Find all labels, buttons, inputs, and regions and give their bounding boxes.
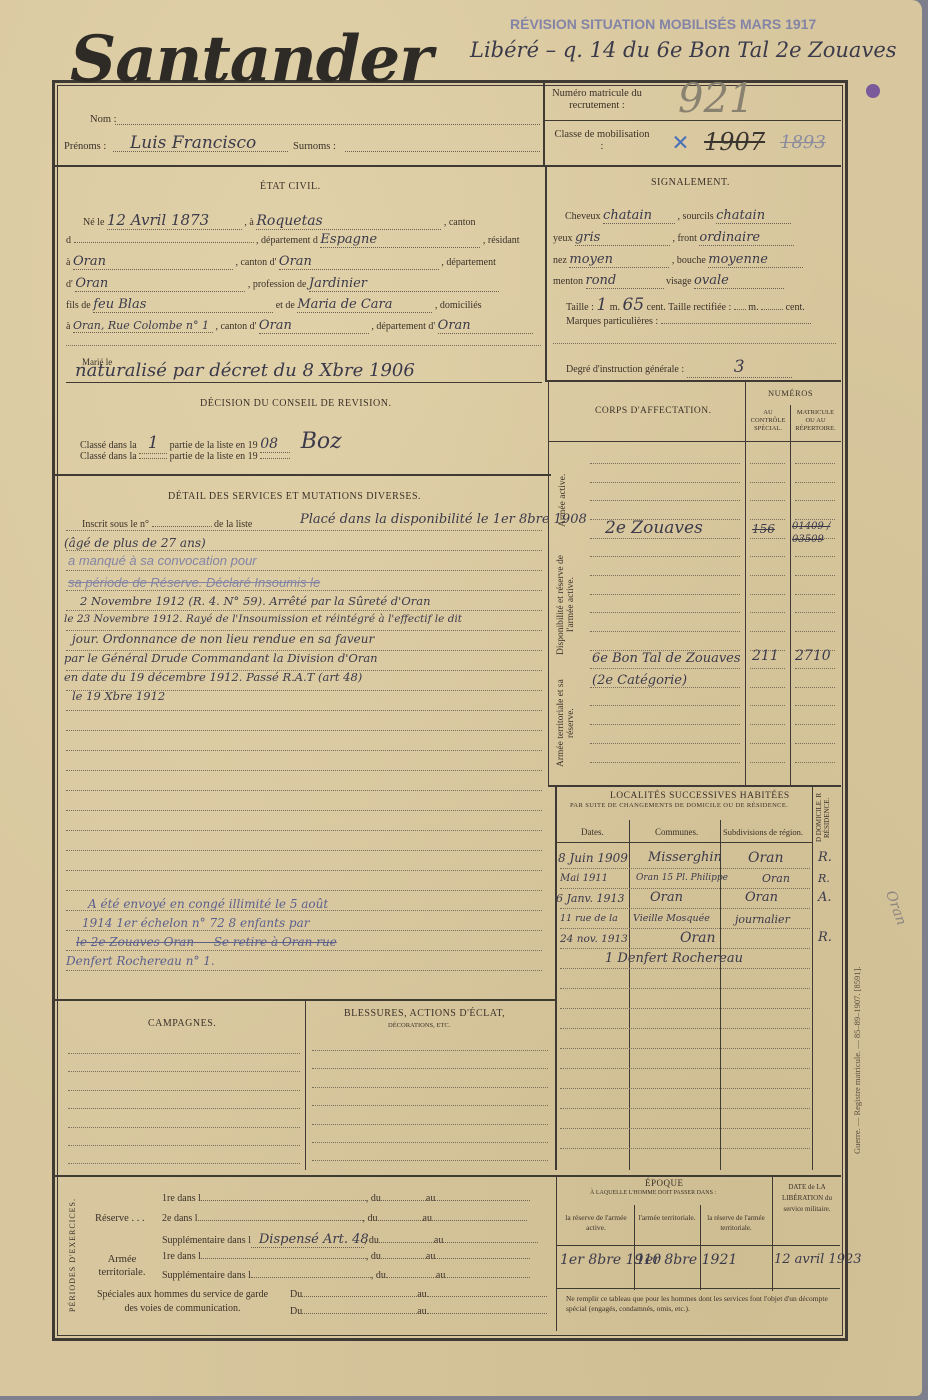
classe1-signature: Boz: [301, 429, 342, 454]
ink-seal-dot: [866, 84, 880, 98]
visage-value: ovale: [694, 273, 784, 289]
reserve-label: Réserve . . .: [95, 1213, 145, 1224]
col-dates-header: Dates.: [581, 827, 604, 837]
classe-x-mark: ×: [672, 126, 689, 160]
profession-value: Jardinier: [309, 276, 499, 292]
du-label: , du: [363, 1213, 378, 1224]
pencil-note: Oran: [882, 889, 909, 928]
parents-departement-value: Oran: [438, 318, 533, 334]
corps-title: CORPS D'AFFECTATION.: [595, 406, 712, 416]
section-disponibilite: Disponibilité et réserve de l'armée acti…: [556, 545, 580, 665]
du-field: [381, 1258, 426, 1259]
corps-entry-1-matricule: 01409 / 03509: [792, 520, 837, 546]
degre-value: 3: [687, 357, 792, 378]
marques-line: [661, 323, 811, 324]
blessures-title: BLESSURES, ACTIONS D'ÉCLAT,: [344, 1008, 505, 1019]
section-armee-active: Armée active.: [558, 455, 568, 545]
liberation-annotation: Libéré – q. 14 du 6e Bon Tal 2e Zouaves: [470, 38, 897, 62]
matricule-value: 921: [678, 76, 754, 122]
periode-field: [251, 1277, 371, 1278]
taille-rect-cent-line: [761, 309, 783, 310]
bouche-value: moyenne: [708, 252, 803, 268]
prenoms-value: Luis Francisco: [130, 133, 256, 153]
conge-line-1: A été envoyé en congé illimité le 5 août: [88, 897, 328, 911]
menton-value: rond: [586, 273, 664, 289]
speciales-du-label: Du: [290, 1289, 302, 1300]
speciales-au-label: au: [417, 1306, 426, 1317]
localites-subtitle: PAR SUITE DE CHANGEMENTS DE DOMICILE OU …: [570, 802, 788, 809]
periode-row-label: 1re dans l: [162, 1251, 201, 1262]
services-line-6: le 23 Novembre 1912. Rayé de l'Insoumiss…: [64, 613, 462, 625]
localite-date: 6 Janv. 1913: [556, 892, 624, 905]
localite-dr: A.: [818, 890, 832, 905]
speciales-label: Spéciales aux hommes du service de garde…: [90, 1288, 275, 1316]
col-controle-header: au contrôle spécial.: [748, 409, 788, 433]
col-matricule-header: MATRICULE ou au répertoire.: [793, 409, 838, 433]
classe-value: 1907: [704, 128, 765, 156]
residence-departement-value: Oran: [75, 276, 245, 292]
speciales-du-label: Du: [290, 1306, 302, 1317]
epoque-subtitle: À LAQUELLE L'HOMME DOIT PASSER DANS :: [590, 1190, 716, 1196]
conge-line-3: le 2e Zouaves Oran — Se retire à Oran ru…: [76, 935, 337, 949]
father-value: feu Blas: [93, 297, 273, 313]
au-field: [445, 1277, 530, 1278]
front-label: , front: [672, 233, 696, 244]
periodes-side-label: PÉRIODES D'EXERCICES.: [68, 1185, 77, 1325]
services-line-1: Placé dans la disponibilité le 1er 8bre …: [300, 512, 587, 527]
residant-label: , résidant: [483, 235, 520, 246]
section-armee-territoriale: Armée territoriale et sa réserve.: [556, 668, 580, 778]
register-page: RÉVISION SITUATION MOBILISÉS MARS 1917 L…: [0, 0, 922, 1396]
d-label: d: [66, 235, 71, 246]
departement2-label: , département: [441, 257, 495, 268]
localite-commune: 1 Denfert Rochereau: [605, 951, 743, 966]
periode-row-label: Supplémentaire dans l: [162, 1270, 251, 1281]
localite-dr: R.: [818, 850, 832, 865]
localite-dr: R.: [818, 930, 832, 945]
services-line-9: en date du 19 décembre 1912. Passé R.A.T…: [64, 670, 362, 684]
numeros-title: NUMÉROS: [768, 388, 813, 398]
classe2-partie-line: [139, 458, 167, 459]
departement3-label: , département d': [371, 321, 435, 332]
naturalisation-value: naturalisé par décret du 8 Xbre 1906: [75, 360, 415, 381]
localite-commune: Oran: [680, 930, 716, 946]
ne-le-label: Né le: [83, 217, 104, 228]
du-field: [378, 1220, 423, 1221]
services-title: DÉTAIL DES SERVICES ET MUTATIONS DIVERSE…: [168, 491, 421, 502]
parents-canton-value: Oran: [259, 318, 369, 334]
speciales-au-field: [427, 1313, 547, 1314]
col-subdivisions-header: Subdivisions de région.: [723, 827, 803, 837]
du-label: , du: [366, 1193, 381, 1204]
corps-entry-2-matricule: 2710: [795, 648, 831, 664]
epoque-col-reserve: la réserve de l'armée active.: [560, 1213, 632, 1233]
localite-commune: Oran 15 Pl. Philippe: [636, 873, 728, 883]
taille-m-value: 1: [596, 295, 607, 315]
nom-line: [115, 124, 540, 125]
profession-label: , profession de: [248, 279, 307, 290]
classe2-year-line: [260, 458, 290, 459]
canton2-label: , canton d': [235, 257, 276, 268]
epoque-col-reserve-territoriale: la réserve de l'armée territoriale.: [701, 1213, 771, 1233]
inscrit-label: Inscrit sous le n°: [82, 519, 149, 530]
du-field: [386, 1277, 436, 1278]
canton3-label: , canton d': [215, 321, 256, 332]
liberation-date-value: 12 avril 1923: [774, 1252, 862, 1267]
marques-label: Marques particulières :: [566, 316, 658, 327]
decision-title: DÉCISION DU CONSEIL DE REVISION.: [200, 398, 391, 409]
residence-canton-value: Oran: [279, 254, 439, 270]
periode-supp-value: Dispensé Art. 48: [251, 1232, 364, 1248]
localite-commune: Misserghin: [648, 850, 722, 865]
yeux-label: yeux: [553, 233, 572, 244]
liberation-date-header: DATE de LA LIBÉRATION du service militai…: [775, 1182, 839, 1215]
cheveux-value: chatain: [603, 208, 675, 224]
a-label: , à: [244, 217, 253, 228]
bouche-label: , bouche: [672, 255, 706, 266]
mere-label: et de: [276, 300, 295, 311]
periode-row-label: 1re dans l: [162, 1193, 201, 1204]
col-dr-header: D DOMICILE. R RÉSIDENCE.: [815, 790, 837, 845]
classe-label: Classe de mobilisation :: [552, 129, 652, 153]
services-line-5: 2 Novembre 1912 (R. 4. N° 59). Arrêté pa…: [80, 594, 431, 608]
taille-cent-value: 65: [623, 295, 645, 315]
taille-rect-m-line: [734, 309, 746, 310]
periode-row-label: Supplémentaire dans l: [162, 1235, 251, 1246]
canton-value: [74, 242, 254, 243]
nez-label: nez: [553, 255, 567, 266]
services-line-7: jour. Ordonnance de non lieu rendue en s…: [72, 632, 374, 646]
epoque-note: Ne remplir ce tableau que pour les homme…: [566, 1294, 838, 1314]
surnoms-label: Surnoms :: [293, 141, 336, 152]
front-value: ordinaire: [699, 230, 794, 246]
du-label: , du: [371, 1270, 386, 1281]
au-field: [435, 1200, 530, 1201]
degre-label: Degré d'instruction générale :: [566, 364, 684, 375]
blessures-subtitle: DÉCORATIONS, ETC.: [388, 1022, 450, 1029]
localite-subdivision: Oran: [745, 890, 778, 905]
etat-civil-title: ÉTAT CIVIL.: [260, 181, 321, 192]
au-field: [435, 1258, 530, 1259]
services-line-8: par le Général Drude Commandant la Divis…: [64, 651, 378, 665]
corps-entry-1: 2e Zouaves: [605, 518, 703, 538]
corps-entry-2-controle: 211: [752, 648, 779, 664]
surname-value: Santander: [70, 22, 432, 97]
taille-rect-cent-label: cent.: [786, 302, 805, 313]
localite-date: Mai 1911: [560, 873, 608, 884]
localites-title: LOCALITÉS SUCCESSIVES HABITÉES: [610, 791, 790, 801]
periode-field: [198, 1220, 363, 1221]
localite-date: 8 Juin 1909: [558, 851, 628, 865]
prenoms-label: Prénoms :: [64, 141, 106, 152]
taille-cent-label: cent.: [647, 302, 666, 313]
fils-de-label: fils de: [66, 300, 91, 311]
residant-a-label: à: [66, 257, 70, 268]
departement2-d-label: d': [66, 279, 73, 290]
menton-label: menton: [553, 276, 583, 287]
armee-territoriale-label: Armée territoriale.: [92, 1253, 152, 1279]
epoque-val-territoriale: 1er 8bre 1921: [636, 1252, 737, 1268]
corps-entry-2: 6e Bon Tal de Zouaves (2e Catégorie): [592, 648, 742, 692]
classe1-mid-label: partie de la liste en 19: [170, 440, 258, 451]
du-field: [381, 1200, 426, 1201]
cheveux-label: Cheveux: [565, 211, 601, 222]
campagnes-title: CAMPAGNES.: [148, 1018, 216, 1029]
liste-label: de la liste: [214, 519, 252, 530]
taille-rectifiee-label: Taille rectifiée :: [668, 302, 731, 313]
surnoms-line: [345, 151, 540, 152]
classe2-label: Classé dans la: [80, 451, 137, 462]
au-label: au: [434, 1235, 443, 1246]
du-label: , du: [364, 1235, 379, 1246]
au-label: au: [423, 1213, 432, 1224]
classe2-mid-label: partie de la liste en 19: [170, 451, 258, 462]
au-label: au: [426, 1251, 435, 1262]
speciales-au-label: au: [417, 1289, 426, 1300]
parents-domicile-value: Oran, Rue Colombe n° 1: [73, 319, 213, 333]
taille-label: Taille :: [566, 302, 594, 313]
epoque-col-territoriale: l'armée territoriale.: [636, 1213, 698, 1223]
inscrit-line: [152, 526, 212, 527]
mother-value: Maria de Cara: [297, 297, 432, 313]
au-label: au: [426, 1193, 435, 1204]
localite-commune: Oran: [650, 890, 683, 905]
yeux-value: gris: [575, 230, 670, 246]
au-field: [443, 1242, 538, 1243]
birth-place-value: Roquetas: [256, 213, 441, 230]
departement-value: Espagne: [320, 232, 480, 248]
speciales-au-field: [427, 1296, 547, 1297]
birth-date-value: 12 Avril 1873: [107, 211, 242, 230]
au-label: au: [436, 1270, 445, 1281]
revision-stamp: RÉVISION SITUATION MOBILISÉS MARS 1917: [510, 16, 816, 32]
localite-subdivision: Oran: [762, 872, 790, 885]
col-communes-header: Communes.: [655, 827, 698, 837]
printer-imprint: Guerre. — Registre matricule. — 85–89–19…: [852, 920, 862, 1200]
conge-line-2: 1914 1er échelon n° 72 8 enfants par: [82, 916, 310, 930]
taille-rect-m-label: m.: [748, 302, 758, 313]
localite-subdivision: Oran: [748, 850, 784, 866]
localite-dr: R.: [818, 872, 830, 885]
periode-field: [201, 1200, 366, 1201]
conge-line-4: Denfert Rochereau n° 1.: [66, 954, 215, 968]
classe-old-value: 1893: [780, 132, 826, 153]
localite-subdivision: journalier: [735, 913, 790, 926]
services-line-2: (âgé de plus de 27 ans): [64, 536, 206, 550]
signalement-title: SIGNALEMENT.: [651, 177, 730, 188]
du-label: , du: [366, 1251, 381, 1262]
localite-date: 11 rue de la: [560, 913, 618, 924]
canton-label: , canton: [444, 217, 476, 228]
visage-label: visage: [666, 276, 692, 287]
periode-row-label: 2e dans l: [162, 1213, 198, 1224]
domicilies-label: , domiciliés: [435, 300, 482, 311]
au-field: [432, 1220, 527, 1221]
nez-value: moyen: [569, 252, 669, 268]
departement-label: , département d: [256, 235, 318, 246]
services-stamp-1: a manqué à sa convocation pour: [68, 553, 257, 568]
taille-m-label: m.: [610, 302, 620, 313]
epoque-title: ÉPOQUE: [645, 1178, 684, 1188]
speciales-du-field: [302, 1296, 417, 1297]
classe1-label: Classé dans la: [80, 440, 137, 451]
speciales-du-field: [302, 1313, 417, 1314]
domicile-a-label: à: [66, 321, 70, 332]
nom-label: Nom :: [90, 114, 117, 125]
du-field: [379, 1242, 434, 1243]
corps-entry-1-controle: 156: [752, 522, 775, 536]
sourcils-label: , sourcils: [678, 211, 714, 222]
localite-commune: Vieille Mosquée: [633, 913, 710, 924]
localite-date: 24 nov. 1913: [560, 933, 628, 945]
sourcils-value: chatain: [716, 208, 791, 224]
services-stamp-2: sa période de Réserve. Déclaré Insoumis …: [68, 575, 320, 590]
residence-value: Oran: [73, 254, 233, 270]
periode-field: [201, 1258, 366, 1259]
matricule-label: Numéro matricule du recrutement :: [552, 88, 642, 112]
services-line-10: le 19 Xbre 1912: [72, 689, 165, 703]
